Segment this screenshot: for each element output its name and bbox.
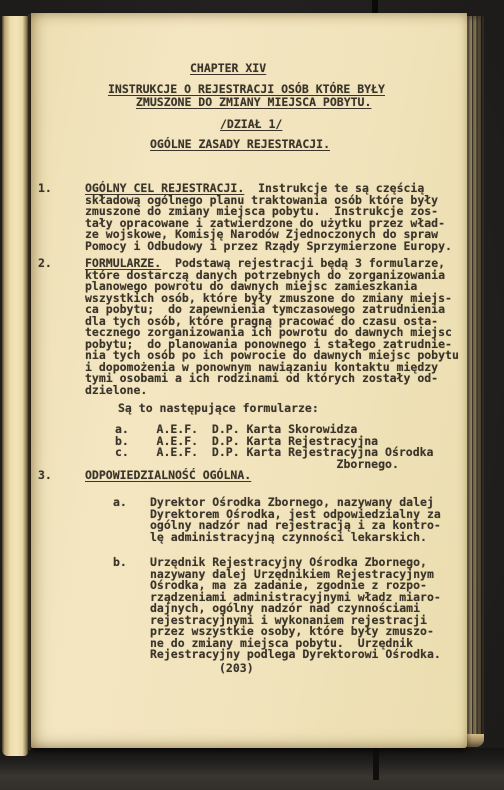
chapter-heading: CHAPTER XIV [190, 63, 266, 75]
subsection-b: b. Urzędnik Rejestracyjny Ośrodka Zborne… [113, 557, 441, 661]
section-3-heading: ODPOWIEDZIALNOŚĆ OGÓLNA. [85, 468, 251, 482]
section-3-text: ODPOWIEDZIALNOŚĆ OGÓLNA. [85, 470, 251, 482]
division-heading: /DZIAŁ 1/ [220, 119, 282, 131]
page-number: (203) [219, 663, 254, 675]
previous-page-edge [2, 16, 28, 756]
fore-edge-page-stack [466, 16, 484, 743]
subsection-b-letter: b. [113, 557, 150, 661]
section-2-body: Podstawą rejestracji będą 3 formularze, … [85, 256, 459, 397]
subsection-b-text: Urzędnik Rejestracyjny Ośrodka Zbornego,… [150, 557, 441, 661]
section-1: 1. OGÓLNY CEL REJESTRACJI. Instrukcje te… [38, 183, 452, 252]
section-1-text: OGÓLNY CEL REJESTRACJI. Instrukcje te są… [85, 183, 452, 252]
scan-surface [0, 748, 504, 790]
section-2: 2. FORMULARZE. Podstawą rejestracji będą… [38, 258, 459, 396]
section-3-number: 3. [38, 470, 85, 482]
section-subtitle: OGÓLNE ZASADY REJESTRACJI. [150, 139, 330, 151]
book-scan: CHAPTER XIV INSTRUKCJE O REJESTRACJI OSÓ… [0, 0, 504, 790]
book-page: CHAPTER XIV INSTRUKCJE O REJESTRACJI OSÓ… [31, 13, 467, 748]
document-title-line2: ZMUSZONE DO ZMIANY MIEJSCA POBYTU. [136, 97, 371, 109]
chapter-heading-text: CHAPTER XIV [190, 61, 266, 75]
section-2-text: FORMULARZE. Podstawą rejestracji będą 3 … [85, 258, 459, 396]
subsection-a-letter: a. [113, 497, 150, 543]
background-shadow-line-bottom [373, 746, 379, 780]
section-2-number: 2. [38, 258, 85, 396]
forms-intro: Są to następujące formularze: [118, 403, 319, 415]
section-1-body: Instrukcje te są częścią składową ogólne… [85, 181, 452, 253]
section-3: 3. ODPOWIEDZIALNOŚĆ OGÓLNA. [38, 470, 251, 482]
section-1-number: 1. [38, 183, 85, 252]
subsection-a: a. Dyrektor Ośrodka Zbornego, nazywany d… [113, 497, 441, 543]
subsection-a-text: Dyrektor Ośrodka Zbornego, nazywany dale… [150, 497, 441, 543]
forms-list: a. A.E.F. D.P. Karta Skorowidza b. A.E.F… [115, 424, 434, 470]
